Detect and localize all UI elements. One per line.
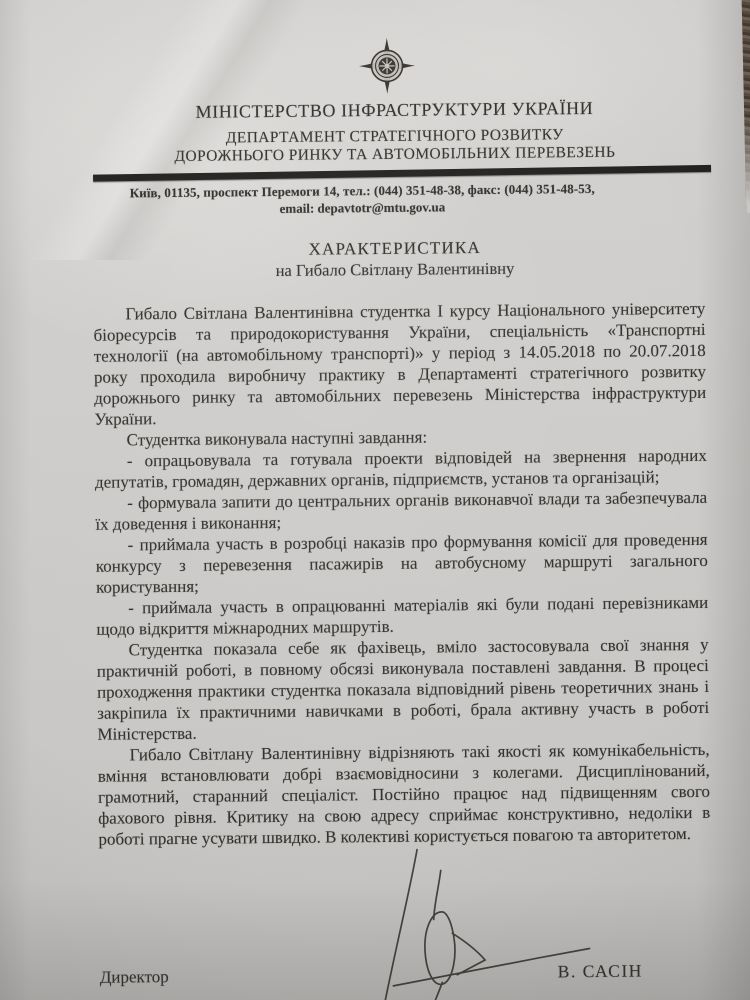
paragraph-performance: Студентка показала себе як фахівець, вмі… [97, 634, 710, 745]
task-item-responses: - опрацьовувала та готувала проекти відп… [95, 445, 707, 493]
handwritten-signature [358, 836, 610, 1000]
paragraph-personal-qualities: Гибало Світлану Валентинівну відрізняють… [98, 739, 711, 850]
photo-of-document: МІНІСТЕРСТВО ІНФРАСТРУКТУРИ УКРАЇНИ ДЕПА… [0, 0, 750, 1000]
document-body: Гибало Світлана Валентинівна студентка І… [93, 298, 710, 850]
task-item-materials: - приймала участь в опрацюванні матеріал… [96, 592, 708, 640]
task-item-orders: - приймала участь в розробці наказів про… [96, 529, 709, 598]
ministry-emblem-icon [359, 38, 416, 95]
task-item-requests: - формувала запити до центральних органі… [95, 487, 707, 535]
document-content: МІНІСТЕРСТВО ІНФРАСТРУКТУРИ УКРАЇНИ ДЕПА… [0, 0, 750, 1000]
paragraph-intern-info: Гибало Світлана Валентинівна студентка І… [93, 298, 706, 430]
letterhead-rule [93, 165, 711, 181]
ministry-name: МІНІСТЕРСТВО ІНФРАСТРУКТУРИ УКРАЇНИ [84, 97, 704, 124]
signer-position: Директор [100, 967, 169, 988]
